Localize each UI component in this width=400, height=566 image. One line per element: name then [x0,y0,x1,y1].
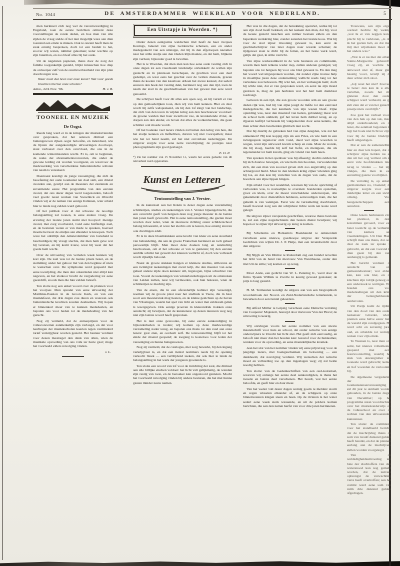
body-paragraph: Uit Parijs komt de tijding van den dood … [347,304,391,338]
dash-separator [285,268,295,269]
body-paragraph: men herinnert zich nog wel de verontwaar… [33,24,113,58]
body-paragraph: Uit de nagelaten papieren, thans door de… [33,59,113,76]
dash-separator [285,228,295,229]
footnote: *) Zie het nommer van 15 November l.l., … [133,156,232,163]
scan-line-left [2,6,3,560]
body-paragraph: Ten slotte nog een enkel woord over de p… [33,284,113,318]
dash-separator [285,321,295,322]
body-paragraph: Zijn arbeid voor het weekblad, waaraan h… [243,183,337,212]
body-paragraph: Bij Alfred Müller te Leipzig verscheen e… [243,306,337,319]
column-2: Een Uitstapje in Woerden. *)Onder dezen … [133,24,232,498]
body-paragraph: Dat hij daarbij de gebreken had van zijn… [243,129,337,154]
body-paragraph: De uitgave zijner verspreide geschriften… [243,214,337,227]
dash-separator [364,210,374,211]
kunst-letteren-banner: Kunst en Letteren [135,169,230,194]
body-paragraph: Ten slotte een woord van lof voor de inr… [133,364,232,385]
column-3: Het was in die dagen, dat de betrekking … [243,24,337,498]
body-paragraph: Mooi Ande, een gedicht van W. L. Penning… [243,271,337,284]
body-paragraph: Over de uitvoering van verleden week kun… [33,253,113,282]
body-paragraph: Bij Nijgh en Van Ditmar te Rotterdam zag… [243,253,337,266]
body-paragraph: Naast de groote stukken hangen er kleine… [133,261,232,286]
body-paragraph: In de kunstzaal aan het Rokin is dezer d… [133,203,232,232]
tooneel-muziek-banner: TOONEEL EN MUZIEK [34,97,112,121]
body-paragraph: Of het publiek voor al dat schoone de no… [33,209,113,251]
body-paragraph: Van het weder valt dezer dagen weinig go… [243,387,337,408]
end-rule [62,356,84,357]
body-paragraph: Van de etsen, die in een afzonderlijk ka… [133,288,232,317]
dateline: Amst., 22/4 Nov. ’96.H. v. B. [33,87,113,91]
body-paragraph: Van zijne werkzaamheid in de vele bestur… [243,59,337,97]
body-paragraph: „Gij weet het niet? Zooveel te beter: da… [347,82,391,111]
body-paragraph: Het is niet onze gewoonte, bij eene eers… [133,319,232,344]
body-paragraph: Het is te Woerden, dat men zien kan hoe … [133,62,232,96]
body-paragraph: Te Weenen is, naar men ons seint, het ni… [347,339,391,373]
body-paragraph: Van de weldadigheidsuitvoering ten bate … [347,453,391,495]
page-header: No. 1044 DE AMSTERDAMMER WEEKBLAD VOOR N… [33,8,392,20]
body-paragraph: „Wat is er nu met dat eiland Sainte-Marg… [347,55,391,80]
section-heading: Tentoonstelling van J. Verster. [133,196,232,201]
body-paragraph: Dat er aan de samenstelling hier en daar… [347,143,391,177]
body-paragraph: Zoo gaat het verhaal voort, van den hak … [347,113,391,142]
column-1: men herinnert zich nog wel de verontwaar… [33,24,113,408]
body-paragraph: Bij Scheltema en Holkema's Boekhandel te… [243,231,337,248]
masthead-title: DE AMSTERDAMMER WEEKBLAD VOOR NEDERLAND. [33,11,392,17]
tooneel-muziek-banner-text: TOONEEL EN MUZIEK [36,115,109,121]
verse-quote: Waar moet dat heen met onze kunst? Wat v… [38,77,113,85]
body-paragraph: Trouwens, aan zijn eigen oordeel hechtte… [347,24,391,53]
body-paragraph: Er is in deze bloemstukken eene kracht v… [133,234,232,259]
body-paragraph: Nog zij vermeld, dat de entreeprijzen vo… [33,319,113,348]
mountain-engraving [36,100,110,111]
body-paragraph: Het was in die dagen, dat de betrekking … [243,24,337,58]
body-paragraph: Het bericht verdient de aandacht van ons… [347,261,391,303]
thick-rule [33,93,113,95]
dash-separator [285,303,295,304]
section-heading: De Oogst. [33,124,113,129]
body-paragraph: Daarnaast kondigt de jonge vereeniging, … [33,174,113,208]
body-paragraph: Geboren in een tijd, die aan groote woor… [243,98,337,127]
dateline-place: Amst., 22/4 Nov. ’96. [33,87,63,91]
body-paragraph: Ten slotte: van de Gedenkschriften van e… [243,369,337,386]
body-paragraph: De schrijver heeft voor dit alles een op… [133,97,232,126]
body-paragraph: Nog zij vermeld, dat de catalogus, met z… [133,345,232,362]
signature: E. D. P. [133,151,230,155]
body-paragraph: Onder dezen eenigszins weidschen titel h… [133,40,232,61]
body-paragraph: Ten slotte: de commissie voor het standb… [347,422,391,451]
body-paragraph: Onze lezers herinneren zich het pleidooi… [347,213,391,259]
dash-separator [285,285,295,286]
body-paragraph: De vertaling is, op enkele germanismen n… [347,179,391,208]
article-title-box: Een Uitstapje in Woerden. *) [134,25,231,36]
dash-separator [285,250,295,251]
body-paragraph: Reeds lang werd er in de kringen der muz… [33,131,113,173]
signature: v. L. [33,350,111,354]
page-number: 5 [384,12,387,17]
kunst-letteren-banner-text: Kunst en Letteren [142,175,221,186]
body-paragraph: De algemeene vergadering der toonkunsten… [347,375,391,421]
body-paragraph: Of het boekske veel lezers vinden zal bu… [133,128,232,149]
issue-number: No. 1044 [36,12,55,17]
separator-rule [141,166,224,167]
body-paragraph: H. M. Termeulen kondigt de uitgave aan v… [243,288,337,301]
body-paragraph: Wij ontvingen voorts het eerste nommer v… [243,324,337,345]
banner-flourish [141,185,225,193]
body-paragraph: Van spreken in het openbaar was hij afke… [243,156,337,181]
column-4: Trouwens, aan zijn eigen oordeel hechtte… [347,24,391,498]
body-paragraph: Aan het slot van het nommer vinden wij e… [243,346,337,367]
signature: H. v. B. [103,87,113,91]
